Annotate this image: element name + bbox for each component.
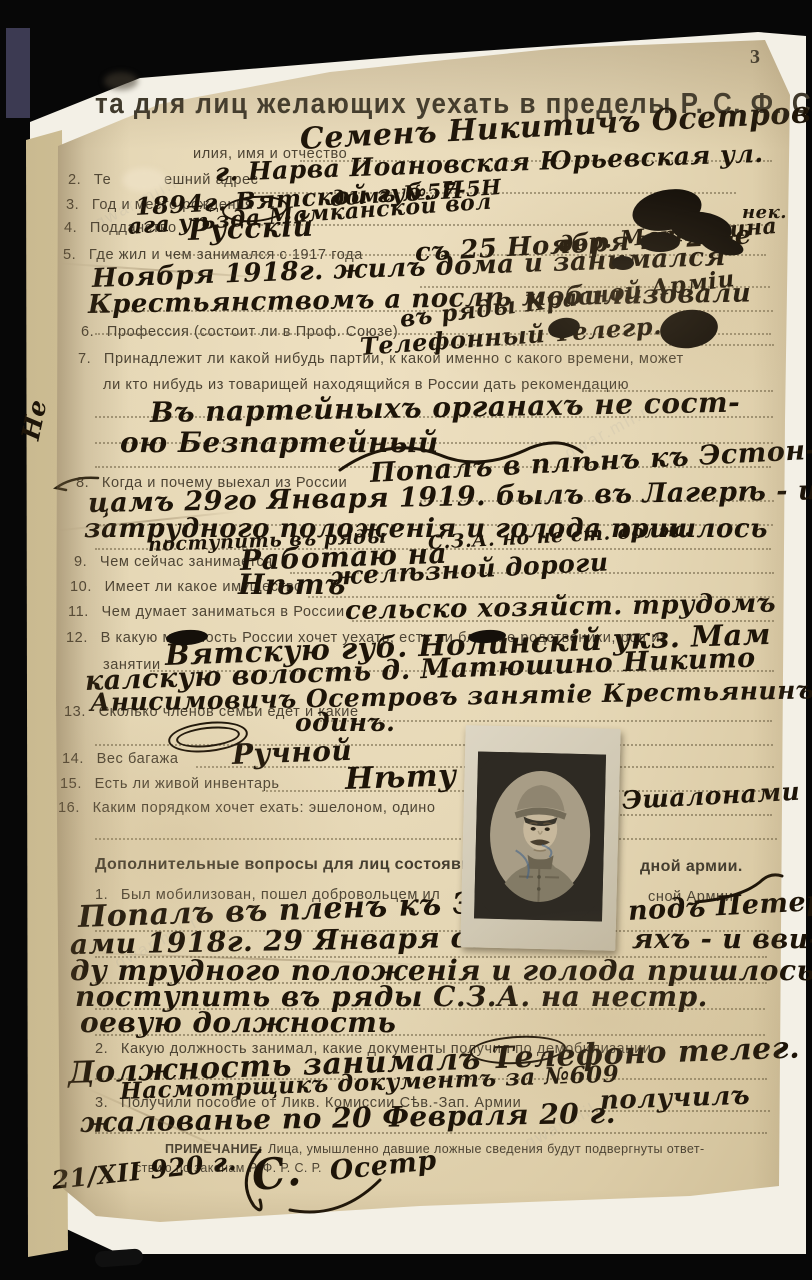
question-10-number: 10. — [70, 578, 92, 595]
signature-flourish — [230, 1140, 400, 1220]
answer-q16: Эшалонами — [621, 777, 801, 815]
pen-flourish — [330, 430, 590, 490]
question-5-number: 5. — [63, 246, 76, 263]
soldier-portrait-photo — [474, 751, 606, 921]
question-15-label: Есть ли живой инвентарь — [95, 775, 280, 792]
answer-q10: Нѣтъ — [238, 568, 346, 601]
question-15-number: 15. — [60, 775, 82, 792]
question-9-number: 9. — [74, 553, 87, 570]
ink-blot — [640, 232, 680, 252]
question-14-label: Вес багажа — [97, 750, 179, 767]
question-6: 6.Профессия (состоит ли в Проф. Союзе) — [81, 323, 398, 340]
question-2-label-a: Те — [94, 171, 111, 188]
question-13-number: 13. — [64, 703, 86, 720]
question-11-label: Чем думает заниматься в России — [102, 603, 345, 620]
answer-add1-line2b: яхъ - и вви- — [632, 924, 812, 955]
question-16-number: 16. — [58, 799, 80, 816]
question-11-number: 11. — [68, 603, 89, 620]
margin-note: Не — [16, 397, 53, 443]
question-16: 16.Каким порядком хочет ехать: эшелоном,… — [58, 799, 436, 816]
margin-check-mark — [52, 472, 102, 494]
dotted-line — [95, 838, 777, 840]
question-6-label: Профессия (состоит ли в Проф. Союзе) — [107, 323, 398, 340]
pen-flourish-tail — [690, 868, 790, 908]
answer-add3-fragment: получилъ — [599, 1081, 750, 1116]
paper-damage-spot — [122, 168, 166, 192]
question-16-label: Каким порядком хочет ехать: эшелоном, од… — [93, 799, 436, 816]
dotted-line — [620, 814, 772, 816]
soldier-portrait — [474, 751, 606, 921]
question-6-number: 6. — [81, 323, 94, 340]
question-3-number: 3. — [66, 196, 79, 213]
additional-heading-a: Дополнительные вопросы для лиц состоявши… — [95, 856, 519, 874]
ink-blot — [612, 256, 634, 270]
question-2-number: 2. — [68, 171, 81, 188]
answer-q15: Нѣту — [344, 758, 457, 797]
question-14-number: 14. — [62, 750, 84, 767]
question-12-number: 12. — [66, 629, 88, 646]
question-14: 14.Вес багажа — [62, 750, 179, 767]
question-15: 15.Есть ли живой инвентарь — [60, 775, 280, 792]
answer-add1-line5: оевую должность — [80, 1006, 396, 1039]
page-content: gwar.mil.ru gwar.mil.ru gwar.mil.ru gwar… — [0, 0, 812, 1280]
page-number: 3 — [750, 46, 760, 69]
attached-photograph-card — [460, 725, 620, 951]
question-2: 2.Те — [68, 171, 111, 188]
answer-q13: одинъ. — [295, 708, 395, 737]
handwritten-date: 21/XII 920 г. — [50, 1147, 238, 1195]
question-4-number: 4. — [64, 219, 77, 236]
answer-q14: Ручной — [231, 734, 352, 771]
question-7-number: 7. — [78, 350, 91, 367]
question-11: 11.Чем думает заниматься в России — [68, 603, 345, 620]
